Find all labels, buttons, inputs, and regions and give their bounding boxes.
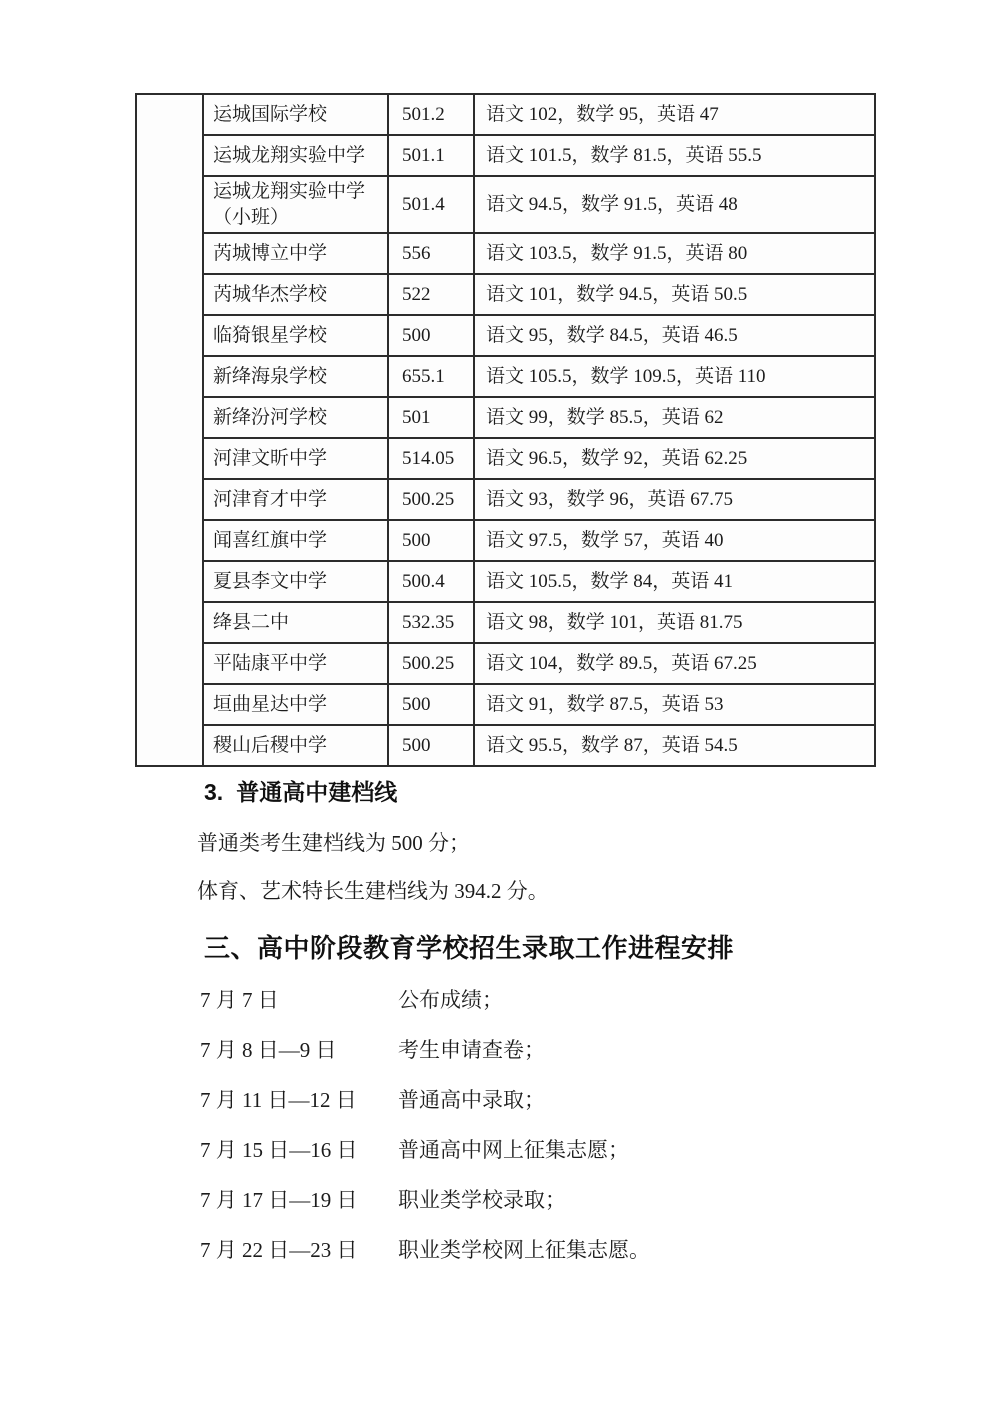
score-cell: 501.4 [388, 176, 474, 233]
school-score-table-body: 运城国际学校501.2语文 102，数学 95，英语 47运城龙翔实验中学501… [136, 94, 875, 766]
subject-scores-cell: 语文 96.5，数学 92，英语 62.25 [474, 438, 875, 479]
score-cell: 501 [388, 397, 474, 438]
score-cell: 500 [388, 684, 474, 725]
school-name-cell: 新绛海泉学校 [203, 356, 388, 397]
schedule-item: 7 月 8 日—9 日考生申请查卷； [200, 1039, 900, 1062]
school-name-cell: 运城龙翔实验中学（小班） [203, 176, 388, 233]
score-cell: 501.2 [388, 94, 474, 135]
school-name-cell: 垣曲星达中学 [203, 684, 388, 725]
subject-scores-cell: 语文 95，数学 84.5，英语 46.5 [474, 315, 875, 356]
school-name-cell: 临猗银星学校 [203, 315, 388, 356]
school-name-cell: 平陆康平中学 [203, 643, 388, 684]
schedule-item: 7 月 15 日—16 日普通高中网上征集志愿； [200, 1139, 900, 1162]
table-row: 平陆康平中学500.25语文 104，数学 89.5，英语 67.25 [136, 643, 875, 684]
score-cell: 532.35 [388, 602, 474, 643]
schedule-date: 7 月 15 日—16 日 [200, 1139, 398, 1162]
schedule-item: 7 月 17 日—19 日职业类学校录取； [200, 1189, 900, 1212]
section-number: 3. [204, 779, 223, 805]
table-row: 河津文昕中学514.05语文 96.5，数学 92，英语 62.25 [136, 438, 875, 479]
school-name-cell: 稷山后稷中学 [203, 725, 388, 766]
schedule-event: 职业类学校网上征集志愿。 [398, 1239, 650, 1262]
filing-line-regular-text: 普通类考生建档线为 500 分； [197, 830, 470, 856]
table-row: 夏县李文中学500.4语文 105.5，数学 84，英语 41 [136, 561, 875, 602]
table-row: 芮城华杰学校522语文 101，数学 94.5，英语 50.5 [136, 274, 875, 315]
subject-scores-cell: 语文 101，数学 94.5，英语 50.5 [474, 274, 875, 315]
schedule-list: 7 月 7 日公布成绩；7 月 8 日—9 日考生申请查卷；7 月 11 日—1… [200, 989, 900, 1289]
table-row: 运城龙翔实验中学（小班）501.4语文 94.5，数学 91.5，英语 48 [136, 176, 875, 233]
school-name-cell: 绛县二中 [203, 602, 388, 643]
score-cell: 501.1 [388, 135, 474, 176]
section-heading-filing-line: 3.普通高中建档线 [204, 778, 397, 806]
school-name-cell: 新绛汾河学校 [203, 397, 388, 438]
schedule-item: 7 月 22 日—23 日职业类学校网上征集志愿。 [200, 1239, 900, 1262]
schedule-event: 考生申请查卷； [398, 1039, 545, 1062]
school-name-cell: 运城龙翔实验中学 [203, 135, 388, 176]
school-name-cell: 河津文昕中学 [203, 438, 388, 479]
schedule-date: 7 月 8 日—9 日 [200, 1039, 398, 1062]
table-row: 绛县二中532.35语文 98，数学 101，英语 81.75 [136, 602, 875, 643]
table-row: 运城国际学校501.2语文 102，数学 95，英语 47 [136, 94, 875, 135]
table-row: 垣曲星达中学500语文 91，数学 87.5，英语 53 [136, 684, 875, 725]
table-row: 临猗银星学校500语文 95，数学 84.5，英语 46.5 [136, 315, 875, 356]
schedule-date: 7 月 11 日—12 日 [200, 1089, 398, 1112]
table-row: 新绛汾河学校501语文 99，数学 85.5，英语 62 [136, 397, 875, 438]
school-name-cell: 夏县李文中学 [203, 561, 388, 602]
school-score-table: 运城国际学校501.2语文 102，数学 95，英语 47运城龙翔实验中学501… [135, 93, 876, 767]
subject-scores-cell: 语文 103.5，数学 91.5，英语 80 [474, 233, 875, 274]
subject-scores-cell: 语文 95.5，数学 87，英语 54.5 [474, 725, 875, 766]
schedule-date: 7 月 17 日—19 日 [200, 1189, 398, 1212]
school-name-cell: 河津育才中学 [203, 479, 388, 520]
subject-scores-cell: 语文 105.5，数学 109.5，英语 110 [474, 356, 875, 397]
section-heading-admission-schedule: 三、高中阶段教育学校招生录取工作进程安排 [204, 932, 734, 964]
score-cell: 500.25 [388, 643, 474, 684]
score-cell: 514.05 [388, 438, 474, 479]
subject-scores-cell: 语文 104，数学 89.5，英语 67.25 [474, 643, 875, 684]
school-name-cell: 闻喜红旗中学 [203, 520, 388, 561]
table-left-margin-cell [136, 94, 203, 766]
table-row: 运城龙翔实验中学501.1语文 101.5，数学 81.5，英语 55.5 [136, 135, 875, 176]
subject-scores-cell: 语文 97.5，数学 57，英语 40 [474, 520, 875, 561]
score-cell: 500 [388, 725, 474, 766]
section-title: 普通高中建档线 [236, 779, 397, 805]
table-row: 芮城博立中学556语文 103.5，数学 91.5，英语 80 [136, 233, 875, 274]
subject-scores-cell: 语文 105.5，数学 84，英语 41 [474, 561, 875, 602]
schedule-date: 7 月 22 日—23 日 [200, 1239, 398, 1262]
table-row: 新绛海泉学校655.1语文 105.5，数学 109.5，英语 110 [136, 356, 875, 397]
table-row: 稷山后稷中学500语文 95.5，数学 87，英语 54.5 [136, 725, 875, 766]
document-page: 运城国际学校501.2语文 102，数学 95，英语 47运城龙翔实验中学501… [0, 0, 1000, 1414]
schedule-event: 普通高中录取； [398, 1089, 545, 1112]
score-cell: 556 [388, 233, 474, 274]
schedule-item: 7 月 11 日—12 日普通高中录取； [200, 1089, 900, 1112]
subject-scores-cell: 语文 102，数学 95，英语 47 [474, 94, 875, 135]
schedule-date: 7 月 7 日 [200, 989, 398, 1012]
subject-scores-cell: 语文 94.5，数学 91.5，英语 48 [474, 176, 875, 233]
subject-scores-cell: 语文 99，数学 85.5，英语 62 [474, 397, 875, 438]
schedule-item: 7 月 7 日公布成绩； [200, 989, 900, 1012]
schedule-event: 公布成绩； [398, 989, 503, 1012]
school-name-cell: 芮城华杰学校 [203, 274, 388, 315]
score-cell: 500.4 [388, 561, 474, 602]
score-cell: 522 [388, 274, 474, 315]
subject-scores-cell: 语文 93，数学 96，英语 67.75 [474, 479, 875, 520]
filing-line-special-text: 体育、艺术特长生建档线为 394.2 分。 [197, 878, 549, 904]
score-cell: 500.25 [388, 479, 474, 520]
table-row: 闻喜红旗中学500语文 97.5，数学 57，英语 40 [136, 520, 875, 561]
subject-scores-cell: 语文 98，数学 101，英语 81.75 [474, 602, 875, 643]
schedule-event: 职业类学校录取； [398, 1189, 566, 1212]
score-cell: 500 [388, 520, 474, 561]
subject-scores-cell: 语文 101.5，数学 81.5，英语 55.5 [474, 135, 875, 176]
school-name-cell: 芮城博立中学 [203, 233, 388, 274]
subject-scores-cell: 语文 91，数学 87.5，英语 53 [474, 684, 875, 725]
score-cell: 500 [388, 315, 474, 356]
school-name-cell: 运城国际学校 [203, 94, 388, 135]
schedule-event: 普通高中网上征集志愿； [398, 1139, 629, 1162]
table-row: 河津育才中学500.25语文 93，数学 96，英语 67.75 [136, 479, 875, 520]
score-cell: 655.1 [388, 356, 474, 397]
